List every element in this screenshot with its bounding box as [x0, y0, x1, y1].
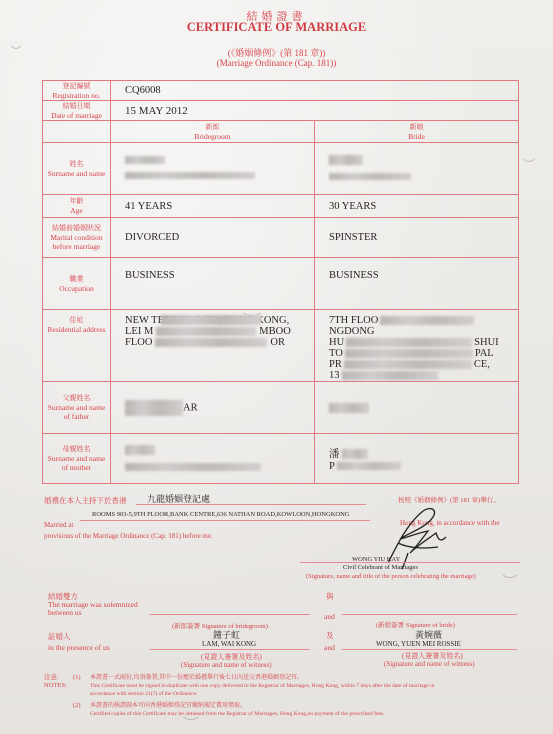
- bride-mother-name: 潘 P: [315, 434, 519, 484]
- officiant-title: Civil Celebrant of Marriages: [343, 564, 418, 571]
- bride-signature-line: [342, 614, 517, 615]
- column-header-row: 新郎 Bridegroom 新娘 Bride: [43, 121, 519, 143]
- bridegroom-mother-name-redacted: [111, 434, 315, 484]
- bridegroom-address: NEW TERRITORIES, HONG KONG, LEI MMBOO FL…: [111, 310, 315, 382]
- notes-label-chinese: 注意:: [44, 674, 59, 682]
- bride-age: 30 YEARS: [315, 195, 519, 218]
- age-row: 年齡 Age 41 YEARS 30 YEARS: [43, 195, 519, 218]
- bride-address: 7TH FLOONGDONG HUSHUI TOPAL PRCE, 13: [315, 310, 519, 382]
- title-english: CERTIFICATE OF MARRIAGE: [0, 20, 553, 35]
- father-row: 父親姓名 Surname and name of father AR: [43, 382, 519, 434]
- officiant-line: [300, 562, 520, 563]
- mother-row: 母親姓名 Surname and name of mother 潘 P: [43, 434, 519, 484]
- provisions-english: provisions of the Marriage Ordinance (Ca…: [44, 532, 213, 540]
- witness2-caption-english: (Signature and name of witness): [384, 660, 475, 668]
- witness1-english-name: LAM, WAI KONG: [202, 640, 256, 648]
- certificate-paper: 結婚證書 CERTIFICATE OF MARRIAGE (《婚姻條例》(第 1…: [0, 0, 553, 734]
- registration-number: CQ6008: [111, 81, 519, 101]
- registration-label: 登記編號 Registration no.: [43, 81, 111, 101]
- married-at-english: Married at: [44, 521, 73, 529]
- note1-chinese: 本證書一式兩份,均須簽署,其中一份應於婚禮舉行後七日內送交香港婚姻登記官。: [90, 674, 303, 682]
- certificate-table: 登記編號 Registration no. CQ6008 結婚日期 Date o…: [42, 80, 519, 484]
- witness-and-english: and: [324, 643, 335, 652]
- venue-line: [136, 504, 366, 505]
- witness-and-chinese: 及: [326, 630, 334, 641]
- marital-row: 結婚前婚姻狀況 Marital condition before marriag…: [43, 218, 519, 258]
- solemnized-english-2: between us: [48, 608, 82, 617]
- note2-english: Certified copies of this Certificate may…: [90, 710, 385, 718]
- bride-marital-condition: SPINSTER: [315, 218, 519, 258]
- father-label: 父親姓名 Surname and name of father: [43, 382, 111, 434]
- paper-fiber: [520, 140, 538, 162]
- age-label: 年齡 Age: [43, 195, 111, 218]
- address-row: 住址 Residential address NEW TERRITORIES, …: [43, 310, 519, 382]
- bride-header: 新娘 Bride: [315, 121, 519, 143]
- occupation-row: 職業 Occupation BUSINESS BUSINESS: [43, 258, 519, 310]
- name-row: 姓名 Surname and name: [43, 143, 519, 195]
- officiant-caption: (Signature, name and title of the person…: [306, 573, 476, 580]
- bridegroom-age: 41 YEARS: [111, 195, 315, 218]
- witness1-caption-english: (Signature and name of witness): [181, 661, 272, 669]
- note2-chinese: 本證書的核證副本可向香港婚姻登記官繳納規定費用領取。: [90, 702, 246, 710]
- address-label: 住址 Residential address: [43, 310, 111, 382]
- and-english: and: [324, 612, 335, 621]
- date-row: 結婚日期 Date of marriage 15 MAY 2012: [43, 101, 519, 121]
- witness-label-english: in the presence of us: [48, 643, 110, 652]
- venue-english-line: [80, 520, 370, 521]
- note1-english-1: This Certificate must be signed in dupli…: [90, 682, 435, 690]
- married-at-chinese: 婚禮在本人主持下於香港: [44, 495, 127, 506]
- bride-father-name-redacted: [315, 382, 519, 434]
- name-label: 姓名 Surname and name: [43, 143, 111, 195]
- note2-number: (2): [73, 702, 81, 710]
- ordinance-english: (Marriage Ordinance (Cap. 181)): [0, 58, 553, 68]
- venue-english: ROOMS 903-5,9TH FLOOR,BANK CENTRE,636 NA…: [92, 511, 349, 518]
- witness-label-chinese: 証婚人: [48, 631, 71, 642]
- witness2-line: [342, 649, 517, 650]
- note1-english-2: accordance with section 21(7) of the Ord…: [90, 690, 198, 698]
- date-of-marriage: 15 MAY 2012: [111, 101, 519, 121]
- marital-label: 結婚前婚姻狀況 Marital condition before marriag…: [43, 218, 111, 258]
- bridegroom-signature-line: [150, 614, 310, 615]
- witness1-line: [150, 649, 310, 650]
- mother-label: 母親姓名 Surname and name of mother: [43, 434, 111, 484]
- bridegroom-marital-condition: DIVORCED: [111, 218, 315, 258]
- and-chinese: 與: [326, 591, 334, 602]
- date-label: 結婚日期 Date of marriage: [43, 101, 111, 121]
- witness2-english-name: WONG, YUEN MEI ROSSIE: [376, 640, 461, 648]
- bridegroom-occupation: BUSINESS: [111, 258, 315, 310]
- bridegroom-name-redacted: [111, 143, 315, 195]
- notes-label-english: NOTES:: [44, 682, 67, 690]
- bride-name-redacted: [315, 143, 519, 195]
- registration-row: 登記編號 Registration no. CQ6008: [43, 81, 519, 101]
- bride-occupation: BUSINESS: [315, 258, 519, 310]
- occupation-label: 職業 Occupation: [43, 258, 111, 310]
- empty-header-cell: [43, 121, 111, 143]
- note1-number: (1): [73, 674, 81, 682]
- bridegroom-header: 新郎 Bridegroom: [111, 121, 315, 143]
- bridegroom-father-name: AR: [111, 382, 315, 434]
